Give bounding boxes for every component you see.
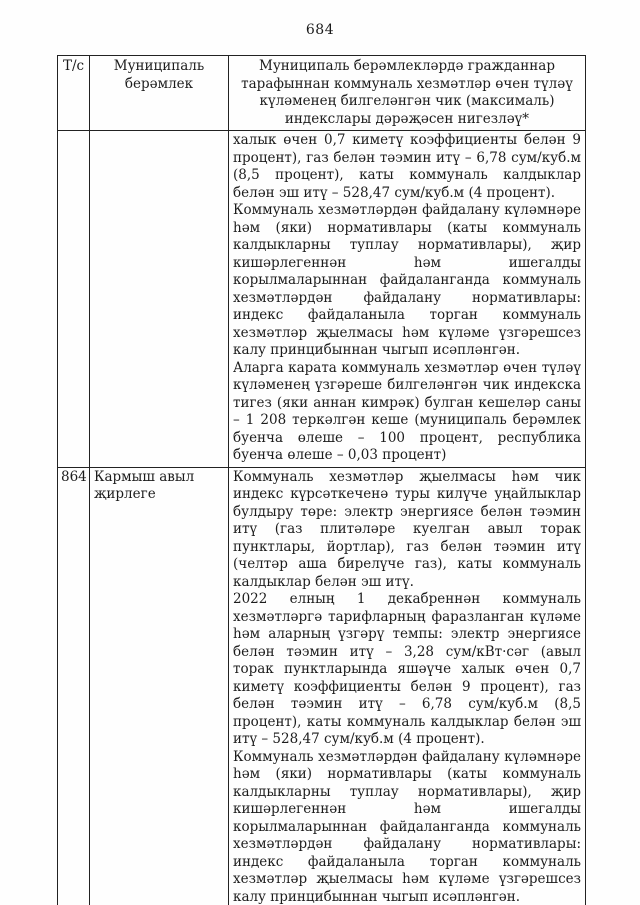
table-header-row: Т/с Муниципаль берәмлек Муниципаль берәм… — [58, 56, 586, 131]
cell-justification-text: Коммуналь хезмәтләр җыелмасы һәм чик инд… — [229, 467, 586, 905]
cell-justification-text: халык өчен 0,7 киметү коэффициенты белән… — [229, 131, 586, 468]
header-cell-municipality: Муниципаль берәмлек — [90, 56, 229, 131]
table-row-864: 864 Кармыш авыл җирлеге Коммуналь хезмәт… — [58, 467, 586, 905]
paragraph: Аларга карата коммуналь хезмәтләр өчен т… — [233, 360, 581, 465]
cell-municipality-empty — [90, 131, 229, 468]
paragraph: Коммуналь хезмәтләрдән файдалану күләмнә… — [233, 202, 581, 360]
paragraph: халык өчен 0,7 киметү коэффициенты белән… — [233, 132, 581, 202]
page-number: 684 — [0, 22, 640, 38]
cell-municipality-name: Кармыш авыл җирлеге — [90, 467, 229, 905]
header-cell-justification: Муниципаль берәмлекләрдә гражданнар тара… — [229, 56, 586, 131]
cell-index-empty — [58, 131, 90, 468]
table-row-continuation: халык өчен 0,7 киметү коэффициенты белән… — [58, 131, 586, 468]
paragraph: 2022 елның 1 декабреннән коммуналь хезмә… — [233, 591, 581, 749]
document-page: 684 Т/с Муниципаль берәмлек Муниципаль б… — [0, 0, 640, 905]
communal-index-table: Т/с Муниципаль берәмлек Муниципаль берәм… — [57, 55, 586, 905]
cell-index-number: 864 — [58, 467, 90, 905]
header-cell-index: Т/с — [58, 56, 90, 131]
paragraph: Коммуналь хезмәтләрдән файдалану күләмнә… — [233, 749, 581, 905]
paragraph: Коммуналь хезмәтләр җыелмасы һәм чик инд… — [233, 469, 581, 592]
